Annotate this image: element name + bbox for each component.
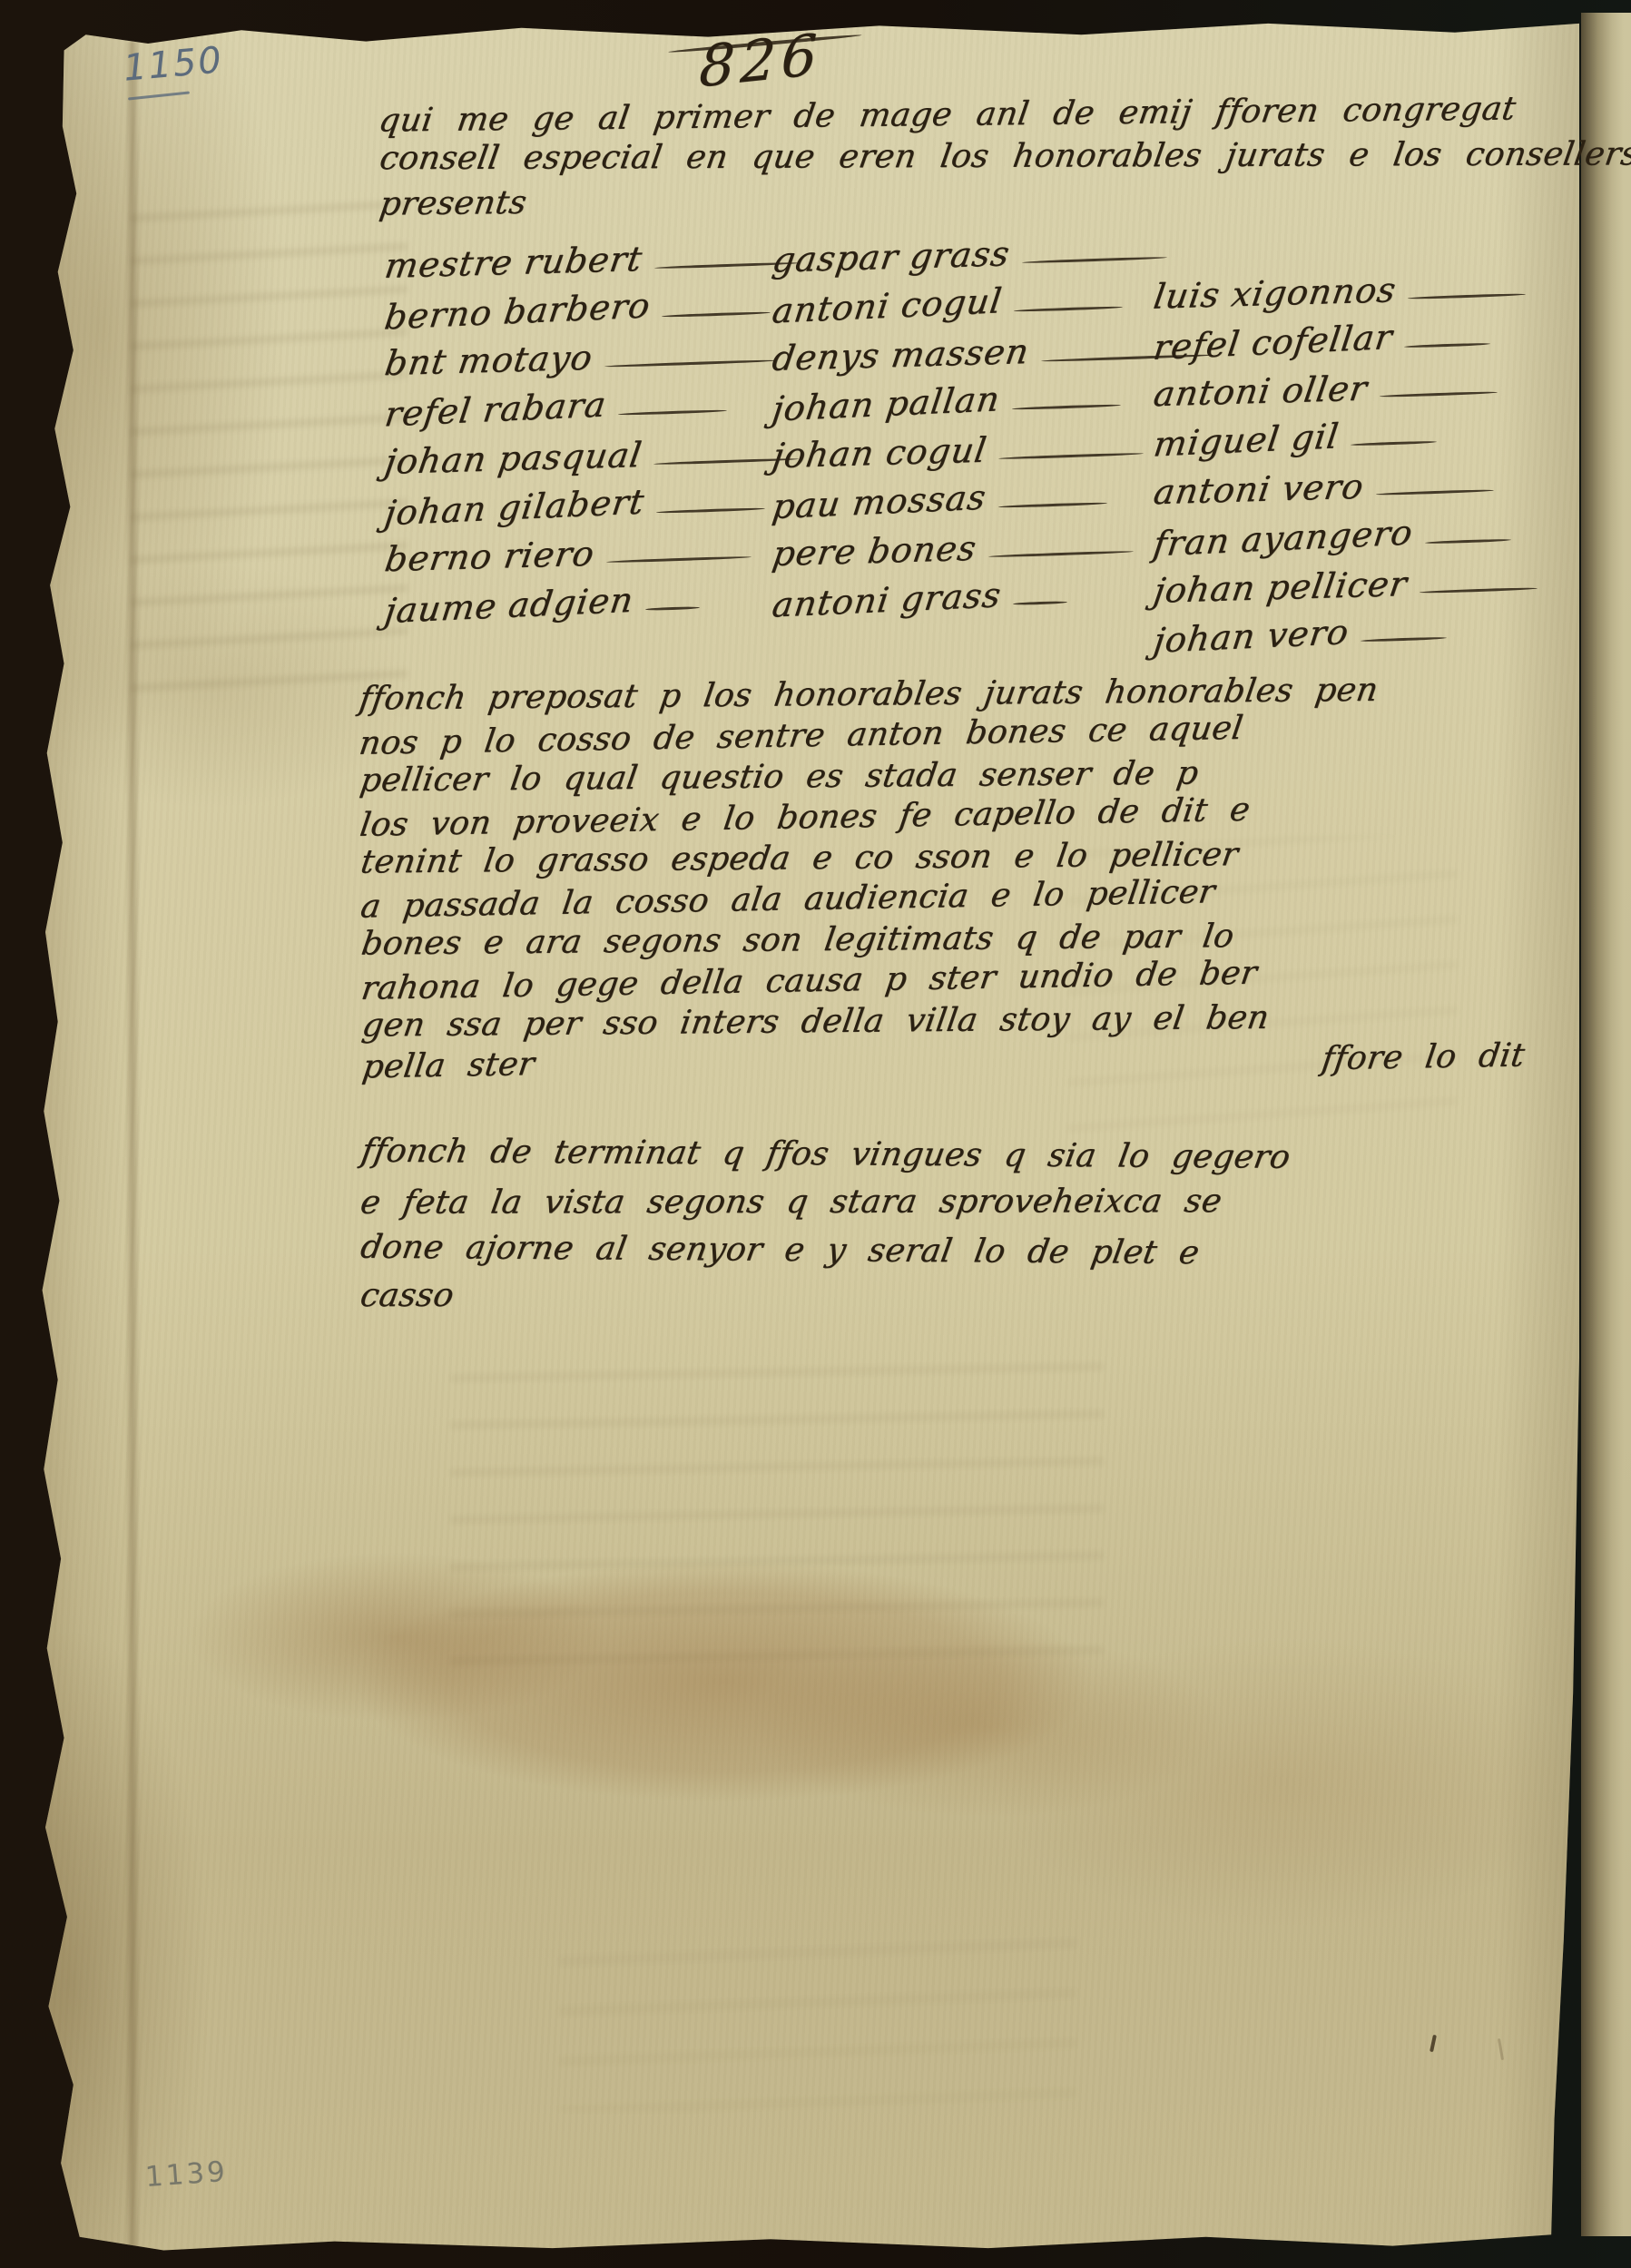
paragraph-line: ffonch de terminat q ffos vingues q sia … bbox=[361, 1127, 1487, 1183]
attendee-name: johan pellicer bbox=[1151, 564, 1410, 611]
paragraph-line: done ajorne al senyor e y seral lo de pl… bbox=[361, 1223, 1487, 1280]
attendee-name: antoni cogul bbox=[770, 280, 1005, 330]
attendee-row: antoni grass bbox=[773, 575, 1150, 624]
attendee-row: johan gilabert bbox=[386, 483, 771, 532]
attendee-name: denys massen bbox=[770, 331, 1032, 378]
attendee-row: mestre rubert bbox=[386, 238, 771, 287]
name-flourish-line bbox=[1351, 440, 1437, 446]
name-flourish-line bbox=[998, 452, 1144, 460]
paragraph-text: ffonch de terminat q ffos vingues q sia … bbox=[358, 1127, 1293, 1182]
name-flourish-line bbox=[606, 555, 752, 564]
attendee-name: pau mossas bbox=[770, 477, 988, 527]
attendee-row: johan pellicer bbox=[1154, 563, 1518, 612]
paragraph-text: casso bbox=[357, 1271, 457, 1320]
record-heading: qui me ge al primer de mage anl de emij … bbox=[378, 88, 1514, 225]
name-flourish-line bbox=[1408, 292, 1526, 299]
paragraph-text: e feta la vista segons q stara sprovehei… bbox=[357, 1177, 1225, 1227]
manuscript-scan: 1150 826 qui me ge al primer de mage anl… bbox=[0, 0, 1631, 2268]
attendee-name: johan pasqual bbox=[382, 435, 644, 482]
attendee-column-3: luis xigonnos refel cofellar antoni olle… bbox=[1154, 269, 1518, 661]
attendee-row: refel rabara bbox=[386, 385, 771, 434]
attendee-name: antoni oller bbox=[1151, 368, 1370, 415]
attendee-row: johan cogul bbox=[773, 428, 1150, 477]
attendee-name: antoni grass bbox=[770, 574, 1004, 624]
attendee-name: refel cofellar bbox=[1151, 317, 1395, 368]
attendee-name: refel rabara bbox=[382, 385, 609, 435]
name-flourish-line bbox=[1022, 256, 1167, 264]
name-flourish-line bbox=[1012, 403, 1121, 409]
attendee-name: luis xigonnos bbox=[1151, 270, 1399, 316]
paragraph-line: e feta la vista segons q stara sprovehei… bbox=[361, 1175, 1487, 1232]
name-flourish-line bbox=[1425, 538, 1511, 544]
attendee-name: jaume adgien bbox=[382, 580, 636, 631]
attendee-row: antoni cogul bbox=[773, 281, 1150, 330]
attendee-name: berno riero bbox=[382, 534, 597, 579]
attendee-row: bnt motayo bbox=[386, 336, 771, 385]
name-flourish-line bbox=[1014, 305, 1123, 311]
attendee-name: antoni vero bbox=[1151, 466, 1367, 512]
attendee-name: johan vero bbox=[1151, 612, 1351, 661]
attendee-column-1: mestre rubert berno barbero bnt motayo r… bbox=[386, 238, 771, 630]
record-paragraph-2: ffonch de terminat q ffos vingues q sia … bbox=[360, 1127, 1487, 1328]
paragraph-text: gen ssa per sso inters della villa stoy … bbox=[359, 997, 1272, 1046]
name-flourish-line bbox=[988, 550, 1134, 558]
name-flourish-line bbox=[998, 501, 1107, 507]
attendee-row: johan pallan bbox=[773, 379, 1150, 428]
attendee-row: pere bones bbox=[773, 526, 1150, 575]
attendee-row: jaume adgien bbox=[386, 581, 771, 630]
attendee-name: johan gilabert bbox=[382, 482, 647, 534]
name-flourish-line bbox=[645, 605, 700, 610]
next-page-edge bbox=[1581, 13, 1631, 2236]
attendee-row: johan pasqual bbox=[386, 434, 771, 483]
ink-bleedthrough bbox=[559, 1939, 1076, 2111]
attendee-row: fran ayangero bbox=[1154, 514, 1518, 563]
attendee-row: luis xigonnos bbox=[1154, 269, 1518, 318]
ink-folio-number: 826 bbox=[698, 21, 823, 101]
attendee-name: berno barbero bbox=[382, 285, 653, 337]
ink-bleedthrough bbox=[450, 1358, 1104, 1666]
attendee-name: miguel gil bbox=[1151, 416, 1341, 464]
name-flourish-line bbox=[604, 358, 777, 368]
name-flourish-line bbox=[1013, 600, 1067, 604]
attendee-row: refel cofellar bbox=[1154, 318, 1518, 367]
name-flourish-line bbox=[662, 310, 771, 317]
attendee-name: gaspar grass bbox=[770, 233, 1013, 280]
attendee-name: mestre rubert bbox=[382, 239, 645, 286]
paragraph-line: casso bbox=[360, 1271, 1486, 1328]
line-gap bbox=[534, 1037, 1322, 1085]
ink-bleedthrough bbox=[131, 201, 408, 713]
attendee-row: antoni vero bbox=[1154, 465, 1518, 514]
name-flourish-line bbox=[1380, 390, 1498, 398]
paragraph-text: done ajorne al senyor e y seral lo de pl… bbox=[357, 1223, 1203, 1277]
attendee-row: antoni oller bbox=[1154, 367, 1518, 416]
name-flourish-line bbox=[618, 408, 727, 415]
attendee-name: johan pallan bbox=[770, 378, 1002, 428]
attendee-row: johan vero bbox=[1154, 612, 1518, 661]
attendee-column-2: gaspar grass antoni cogul denys massen j… bbox=[773, 232, 1150, 624]
archival-folio-number-top: 1150 bbox=[122, 39, 224, 89]
attendee-row: denys massen bbox=[773, 330, 1150, 379]
archival-folio-number-bottom: 1139 bbox=[144, 2155, 229, 2194]
name-flourish-line bbox=[1361, 636, 1447, 642]
name-flourish-line bbox=[1404, 342, 1490, 348]
paragraph-text: pella ster bbox=[360, 1044, 537, 1087]
attendee-row: berno riero bbox=[386, 532, 771, 581]
attendee-row: miguel gil bbox=[1154, 416, 1518, 465]
attendee-name: johan cogul bbox=[770, 430, 989, 476]
name-flourish-line bbox=[656, 506, 765, 513]
attendee-row: gaspar grass bbox=[773, 232, 1150, 281]
attendee-name: pere bones bbox=[770, 528, 979, 574]
record-paragraph-1: ffonch preposat p los honorables jurats … bbox=[359, 668, 1525, 1086]
attendee-name: fran ayangero bbox=[1151, 513, 1415, 565]
attendee-row: pau mossas bbox=[773, 477, 1150, 526]
attendee-name: bnt motayo bbox=[382, 338, 595, 383]
paragraph-closing: ffore lo dit bbox=[1320, 1035, 1528, 1079]
attendee-row: berno barbero bbox=[386, 287, 771, 336]
name-flourish-line bbox=[1376, 488, 1494, 496]
